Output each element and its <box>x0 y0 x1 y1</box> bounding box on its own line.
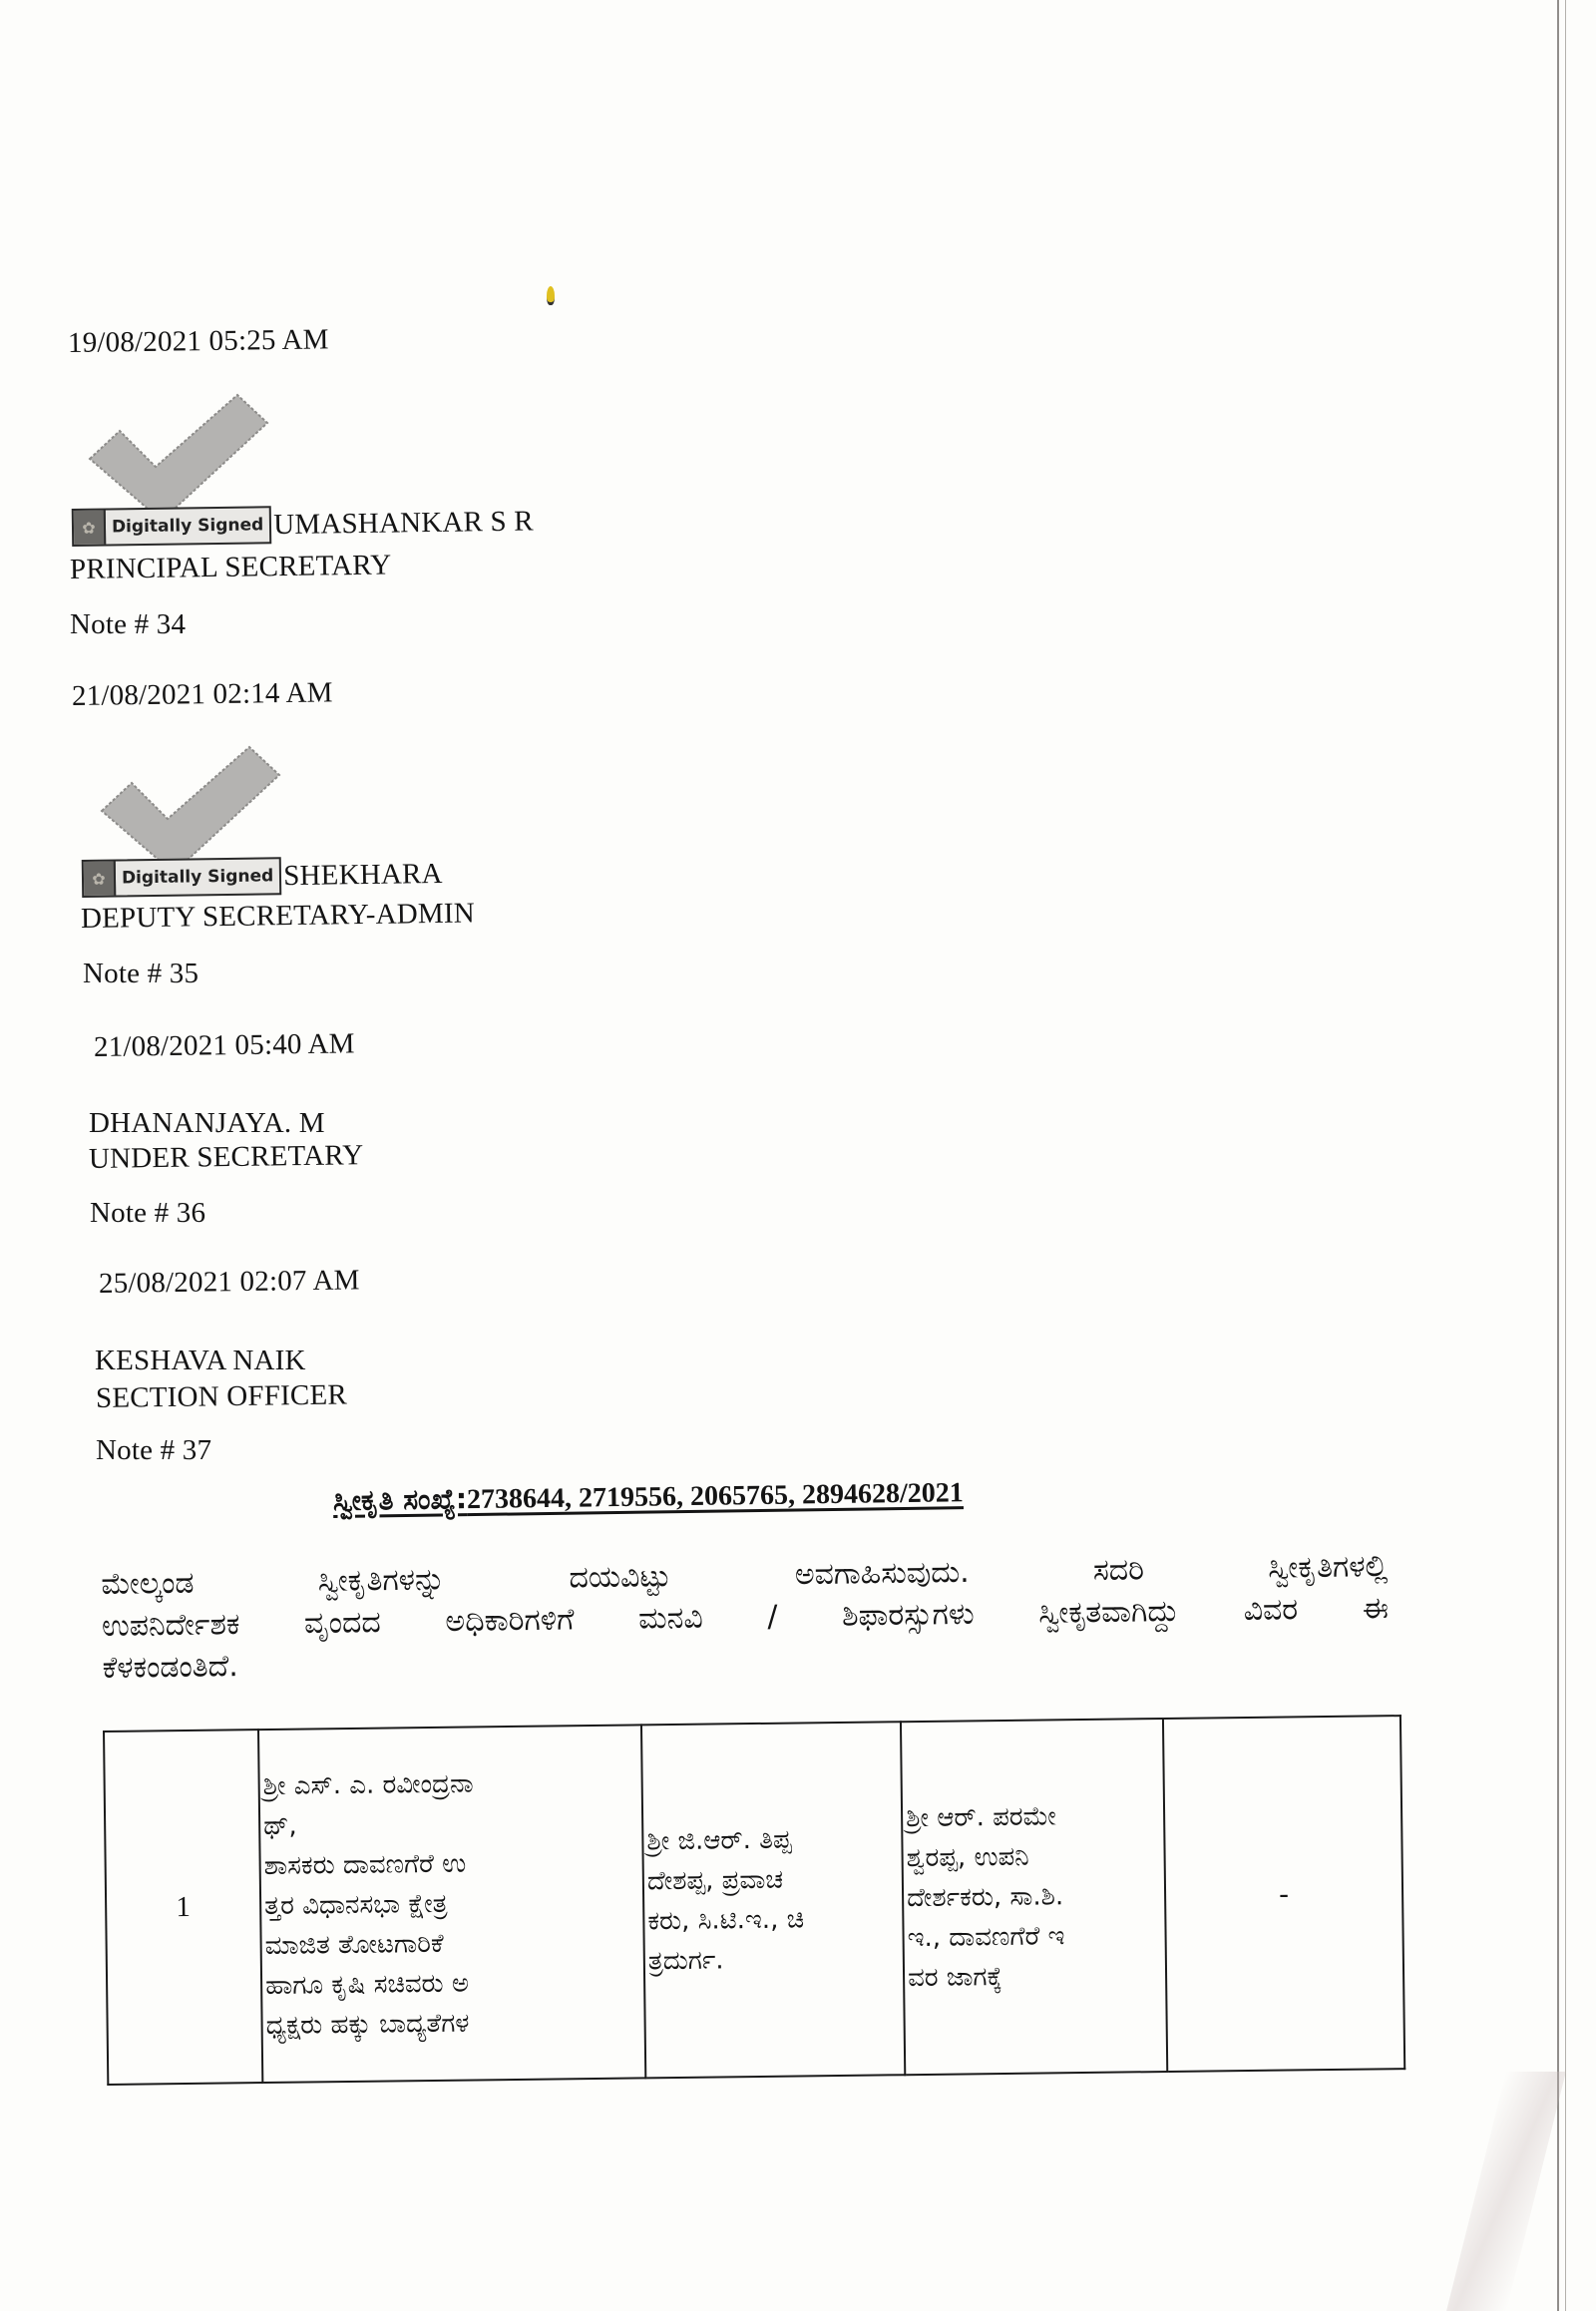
digitally-signed-badge: ✿ Digitally Signed <box>82 857 282 898</box>
note-timestamp: 25/08/2021 02:07 AM <box>99 1264 360 1301</box>
requester-cell: ಶ್ರೀ ಎಸ್. ಎ. ರವೀಂದ್ರನಾಥ್,ಶಾಸಕರು ದಾವಣಗೆರೆ… <box>258 1725 645 2083</box>
seal-icon: ✿ <box>74 511 106 545</box>
signatory-designation: SECTION OFFICER <box>96 1378 347 1415</box>
signatory-name: SHEKHARA <box>283 857 443 892</box>
digitally-signed-badge: ✿ Digitally Signed <box>72 506 272 547</box>
cell-line: ಶಾಸಕರು ದಾವಣಗೆರೆ ಉ <box>263 1841 638 1886</box>
signature-checkmark-icon <box>78 381 277 521</box>
note-number: Note # 36 <box>90 1197 205 1230</box>
acknowledgement-table: 1 ಶ್ರೀ ಎಸ್. ಎ. ರವೀಂದ್ರನಾಥ್,ಶಾಸಕರು ದಾವಣಗೆ… <box>103 1715 1405 2086</box>
cell-line: ಕರು, ಸಿ.ಟಿ.ಇ., ಚಿ <box>647 1898 899 1941</box>
paragraph-word: ಮನವಿ <box>638 1598 703 1641</box>
paragraph-word: ವೃಂದದ <box>304 1602 381 1645</box>
paragraph-word: ಮೇಲ್ಕಂಡ <box>101 1563 195 1606</box>
request-cell: ಶ್ರೀ ಆರ್. ಪರಮೇಶ್ವರಪ್ಪ, ಉಪನಿದೇರ್ಶಕರು, ಸಾ.… <box>901 1719 1167 2075</box>
seal-icon: ✿ <box>84 862 116 896</box>
signatory-name: KESHAVA NAIK <box>95 1345 306 1377</box>
note-timestamp: 21/08/2021 02:14 AM <box>72 676 333 713</box>
cell-line: ದೇರ್ಶಕರು, ಸಾ.ಶಿ. <box>907 1875 1161 1918</box>
acknowledgement-number-heading: ಸ್ವೀಕೃತಿ ಸಂಖ್ಯೆ:2738644, 2719556, 206576… <box>333 1475 964 1518</box>
note-timestamp: 19/08/2021 05:25 AM <box>68 323 329 360</box>
signature-checkmark-icon <box>90 733 289 873</box>
cell-line: ಮಾಜಿತ ತೋಟಗಾರಿಕೆ <box>264 1921 639 1966</box>
cell-line: ಶ್ರೀ ಜಿ.ಆರ್. ತಿಪ್ಪ <box>646 1818 898 1861</box>
cell-line: ಧ್ಯಕ್ಷರು ಹಕ್ಕು ಬಾದ್ಯತೆಗಳ <box>265 2001 640 2046</box>
paragraph-word: ಉಪನಿರ್ದೇಶಕ <box>102 1604 240 1648</box>
paragraph-word: ಶಿಫಾರಸ್ಸುಗಳು <box>842 1594 975 1638</box>
paragraph-word: ಸ್ವೀಕೃತಿಗಳನ್ನು <box>317 1559 445 1603</box>
signatory-designation: DEPUTY SECRETARY-ADMIN <box>81 897 475 936</box>
cell-line: ಥ್, <box>263 1801 638 1846</box>
scan-shadow <box>1446 2072 1566 2311</box>
paragraph-word: / <box>767 1597 778 1639</box>
paragraph-word: ಸ್ವೀಕೃತವಾಗಿದ್ದು <box>1038 1591 1179 1635</box>
body-paragraph: ಮೇಲ್ಕಂಡಸ್ವೀಕೃತಿಗಳನ್ನುದಯವಿಟ್ಟುಅವಗಾಹಿಸುವುದ… <box>101 1546 1390 1690</box>
cell-line: ತ್ರದುರ್ಗ. <box>648 1938 900 1981</box>
cell-line: ಹಾಗೂ ಕೃಷಿ ಸಚಿವರು ಅ <box>265 1961 640 2006</box>
signatory-designation: PRINCIPAL SECRETARY <box>70 549 392 585</box>
signatory-name: DHANANJAYA. M <box>89 1107 325 1140</box>
signatory-name: UMASHANKAR S R <box>273 505 534 542</box>
cell-line: ವರ ಜಾಗಕ್ಕೆ <box>908 1955 1162 1998</box>
heading-numbers: 2738644, 2719556, 2065765, 2894628/2021 <box>467 1477 964 1515</box>
heading-label: ಸ್ವೀಕೃತಿ ಸಂಖ್ಯೆ: <box>333 1482 467 1517</box>
cell-line: ಶ್ರೀ ಆರ್. ಪರಮೇ <box>906 1795 1160 1838</box>
note-number: Note # 34 <box>70 608 186 641</box>
signature-line: ✿ Digitally Signed UMASHANKAR S R <box>72 503 534 547</box>
paragraph-word: ಸ್ವೀಕೃತಿಗಳಲ್ಲಿ <box>1268 1546 1389 1590</box>
cell-line: ತ್ತರ ವಿಧಾನಸಭಾ ಕ್ಷೇತ್ರ <box>264 1881 639 1926</box>
note-number: Note # 35 <box>83 958 199 990</box>
note-timestamp: 21/08/2021 05:40 AM <box>94 1027 355 1064</box>
note-number: Note # 37 <box>96 1434 211 1467</box>
badge-label: Digitally Signed <box>116 859 280 895</box>
badge-label: Digitally Signed <box>106 508 270 544</box>
paragraph-word: ದಯವಿಟ್ಟು <box>569 1556 671 1599</box>
serial-cell: 1 <box>104 1730 262 2085</box>
officer-cell: ಶ್ರೀ ಜಿ.ಆರ್. ತಿಪ್ಪದೇಶಪ್ಪ, ಪ್ರವಾಚಕರು, ಸಿ.… <box>641 1722 905 2078</box>
table-row: 1 ಶ್ರೀ ಎಸ್. ಎ. ರವೀಂದ್ರನಾಥ್,ಶಾಸಕರು ದಾವಣಗೆ… <box>104 1716 1404 2085</box>
scan-speck <box>547 286 555 305</box>
signature-line: ✿ Digitally Signed SHEKHARA <box>82 855 443 898</box>
cell-line: ಶ್ರೀ ಎಸ್. ಎ. ರವೀಂದ್ರನಾ <box>262 1761 637 1806</box>
cell-line: ಇ., ದಾವಣಗೆರೆ ಇ <box>907 1915 1161 1958</box>
cell-line: ಶ್ವರಪ್ಪ, ಉಪನಿ <box>906 1835 1160 1878</box>
paragraph-word: ಅವಗಾಹಿಸುವುದು. <box>795 1552 970 1596</box>
paragraph-word: ಸದರಿ <box>1093 1549 1145 1592</box>
paragraph-word: ಅಧಿಕಾರಿಗಳಿಗೆ <box>445 1599 575 1643</box>
paragraph-word: ವಿವರ <box>1243 1589 1298 1632</box>
scanned-page-edge <box>1557 0 1566 2311</box>
paragraph-word: ಈ <box>1363 1588 1390 1630</box>
paragraph-word: ಕೆಳಕಂಡಂತಿದೆ. <box>102 1646 238 1690</box>
signatory-designation: UNDER SECRETARY <box>89 1139 364 1176</box>
remarks-cell: - <box>1163 1716 1404 2072</box>
cell-line: ದೇಶಪ್ಪ, ಪ್ರವಾಚ <box>647 1858 899 1901</box>
